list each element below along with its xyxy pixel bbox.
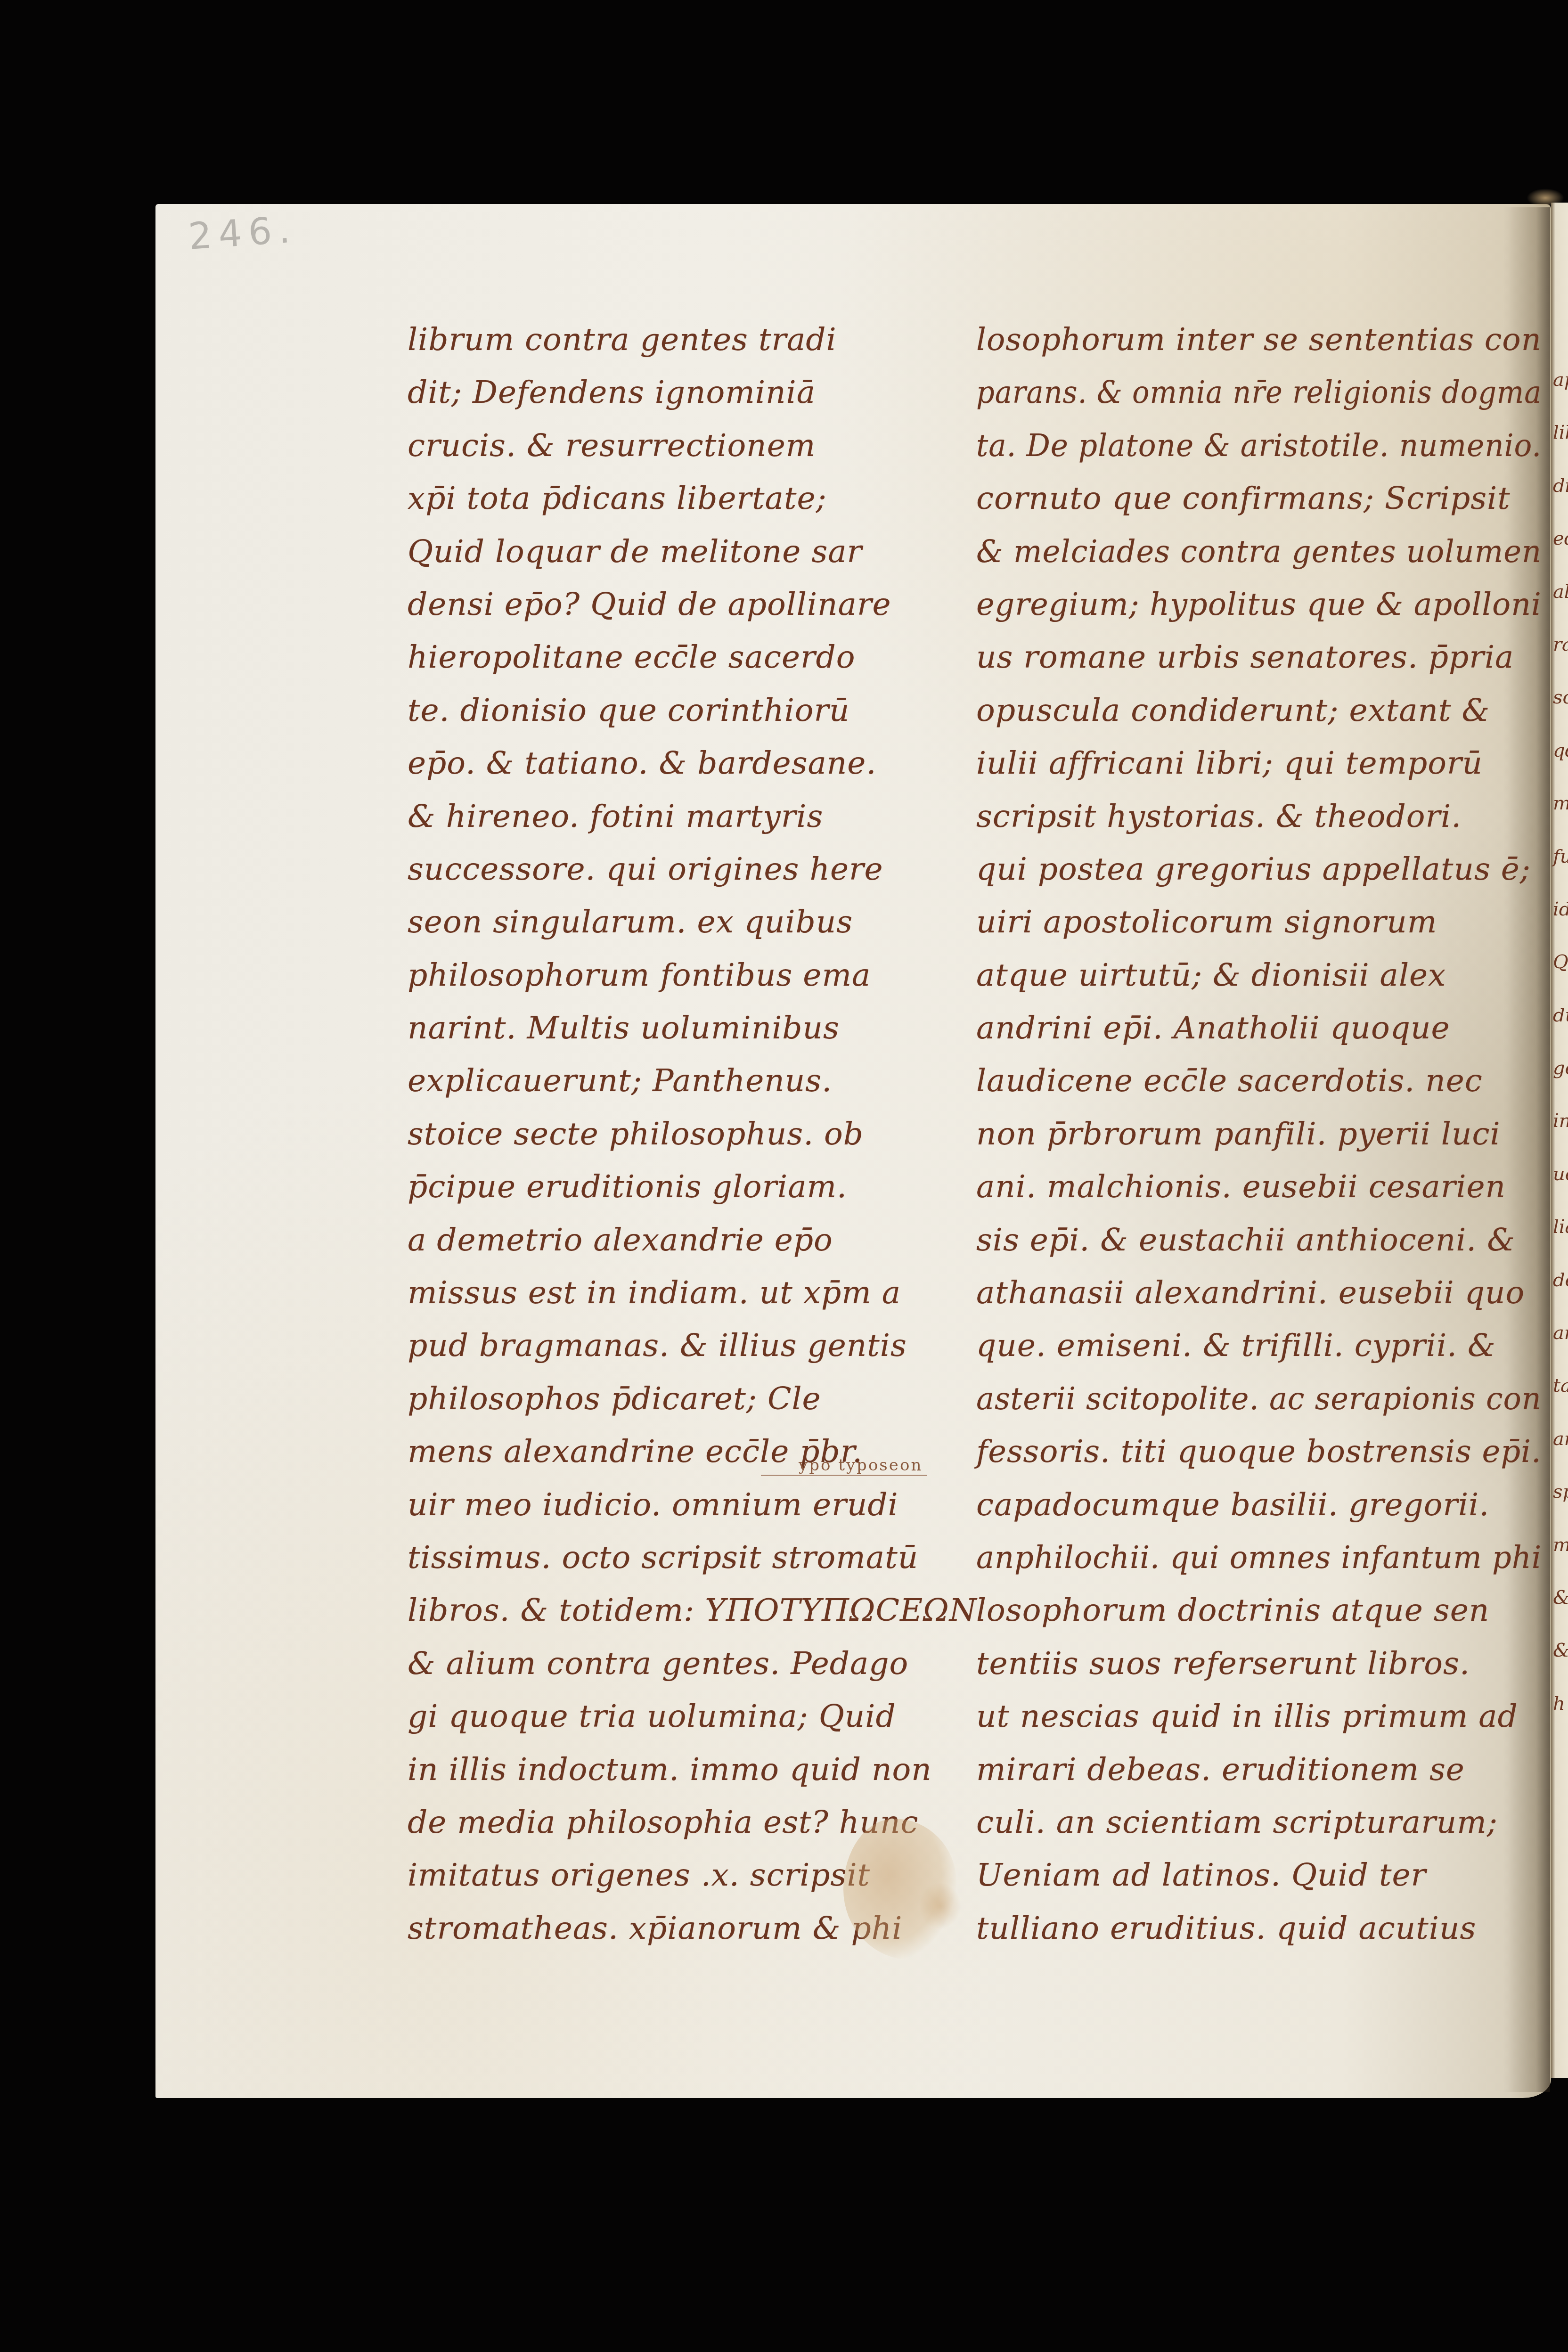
text-line: hieropolitane ecc̄le sacerdo xyxy=(408,631,987,684)
text-line: ut nescias quid in illis primum ad xyxy=(976,1690,1542,1743)
text-line: mirari debeas. eruditionem se xyxy=(976,1743,1542,1796)
text-line: Quid loquar de melitone sar xyxy=(408,525,987,578)
next-page-line: tar xyxy=(1551,1359,1568,1412)
text-line: stoice secte philosophus. ob xyxy=(408,1108,987,1160)
next-page-line: edic xyxy=(1551,512,1568,565)
text-line: cornuto que confirmans; Scripsit xyxy=(976,472,1542,525)
text-line: losophorum inter se sententias con xyxy=(976,313,1536,366)
text-line: & hireneo. fotini martyris xyxy=(408,790,987,843)
text-line: uir meo iudicio. omnium erudi xyxy=(408,1478,987,1531)
next-page-line: alu xyxy=(1551,565,1568,618)
next-page-line: mac xyxy=(1551,777,1568,830)
text-line: philosophorum fontibus ema xyxy=(408,949,987,1002)
next-page-lines: apolibridiscipedicalurascripqdmacfus gid… xyxy=(1551,353,1568,1730)
next-page-line: ra xyxy=(1551,618,1568,671)
text-line: a demetrio alexandrie ep̄o xyxy=(408,1214,987,1266)
text-line: libros. & totidem: ΥΠΟΤΥΠΩCΕΩΝ xyxy=(408,1584,987,1637)
next-page-line: anu xyxy=(1551,1307,1568,1359)
text-line: successore. qui origines here xyxy=(408,843,987,896)
text-line: dit; Defendens ignominiā xyxy=(408,366,987,419)
next-page-line: lia xyxy=(1551,1200,1568,1253)
next-page-line: iden xyxy=(1551,883,1568,936)
text-line: parans. & omnia nr̄e religionis dogma xyxy=(976,366,1495,419)
text-line: seon singularum. ex quibus xyxy=(408,896,987,948)
text-line: librum contra gentes tradi xyxy=(408,313,987,366)
next-page-line: & xyxy=(1551,1624,1568,1677)
text-line: p̄cipue eruditionis gloriam. xyxy=(408,1160,987,1213)
text-line: narint. Multis uoluminibus xyxy=(408,1002,987,1054)
text-line: us romane urbis senatores. p̄pria xyxy=(976,631,1542,684)
next-page-line: uc xyxy=(1551,1148,1568,1200)
next-page-line: libri xyxy=(1551,406,1568,459)
text-line: opuscula condiderunt; extant & xyxy=(976,684,1542,737)
text-line: gi quoque tria uolumina; Quid xyxy=(408,1690,987,1743)
text-line: tentiis suos referserunt libros. xyxy=(976,1637,1542,1690)
text-line: qui postea gregorius appellatus ē; xyxy=(976,843,1542,896)
next-page-line: scrip xyxy=(1551,671,1568,724)
next-page-line: apo xyxy=(1551,353,1568,406)
next-page-line: Qui xyxy=(1551,936,1568,988)
text-line: losophorum doctrinis atque sen xyxy=(976,1584,1542,1637)
text-line: tissimus. octo scripsit stromatū xyxy=(408,1531,987,1584)
text-line: pud bragmanas. & illius gentis xyxy=(408,1319,987,1372)
next-page-line: ger xyxy=(1551,1042,1568,1094)
text-line: missus est in indiam. ut xp̄m a xyxy=(408,1266,987,1319)
text-line: atque uirtutū; & dionisii alex xyxy=(976,949,1542,1002)
text-line: que. emiseni. & trifilli. cyprii. & xyxy=(976,1319,1542,1372)
text-line: philosophos p̄dicaret; Cle xyxy=(408,1372,987,1425)
text-line: egregium; hypolitus que & apolloni xyxy=(976,578,1534,631)
next-page-line: anz xyxy=(1551,1413,1568,1465)
next-page-line: me xyxy=(1551,1519,1568,1571)
text-line: & melciades contra gentes uolumen xyxy=(976,525,1523,578)
text-line: scripsit hystorias. & theodori. xyxy=(976,790,1542,843)
water-stain-small xyxy=(919,1882,961,1929)
text-line: te. dionisio que corinthiorū xyxy=(408,684,987,737)
next-page-line: dee xyxy=(1551,1254,1568,1307)
text-line: explicauerunt; Panthenus. xyxy=(408,1054,987,1107)
text-line: tulliano eruditius. quid acutius xyxy=(976,1902,1542,1955)
next-page-line: discip xyxy=(1551,459,1568,512)
text-line: andrini ep̄i. Anatholii quoque xyxy=(976,1002,1542,1054)
text-line: capadocumque basilii. gregorii. xyxy=(976,1478,1542,1531)
text-line: non p̄rbrorum panfili. pyerii luci xyxy=(976,1108,1542,1160)
text-line: Ueniam ad latinos. Quid ter xyxy=(976,1849,1542,1902)
text-line: sis ep̄i. & eustachii anthioceni. & xyxy=(976,1214,1542,1266)
foliation-number: 246. xyxy=(187,208,298,258)
text-line: ep̄o. & tatiano. & bardesane. xyxy=(408,737,987,790)
text-line: xp̄i tota p̄dicans libertate; xyxy=(408,472,987,525)
text-line: athanasii alexandrini. eusebii quo xyxy=(976,1266,1542,1319)
next-page-fragment: apolibridiscipedicalurascripqdmacfus gid… xyxy=(1551,203,1568,2078)
text-line: crucis. & resurrectionem xyxy=(408,419,987,472)
next-page-line: qd xyxy=(1551,724,1568,777)
text-line: laudicene ecc̄le sacerdotis. nec xyxy=(976,1054,1542,1107)
text-column-left: librum contra gentes tradidit; Defendens… xyxy=(408,313,987,1955)
interlinear-gloss: ypo typoseon xyxy=(761,1456,927,1476)
next-page-line: &e xyxy=(1551,1571,1568,1624)
next-page-line: duc xyxy=(1551,989,1568,1042)
next-page-line: spl xyxy=(1551,1465,1568,1518)
text-line: anphilochii. qui omnes infantum phi xyxy=(976,1531,1523,1584)
text-line: ta. De platone & aristotile. numenio. xyxy=(976,419,1514,472)
text-line: fessoris. titi quoque bostrensis ep̄i. xyxy=(976,1425,1536,1478)
next-page-line: insi xyxy=(1551,1094,1568,1147)
text-line: in illis indoctum. immo quid non xyxy=(408,1743,987,1796)
next-page-line: h xyxy=(1551,1677,1568,1730)
text-line: uiri apostolicorum signorum xyxy=(976,896,1542,948)
text-line: & alium contra gentes. Pedago xyxy=(408,1637,987,1690)
text-line: asterii scitopolite. ac serapionis con xyxy=(976,1372,1522,1425)
next-page-line: fus g xyxy=(1551,830,1568,883)
text-line: densi ep̄o? Quid de apollinare xyxy=(408,578,987,631)
text-line: ani. malchionis. eusebii cesarien xyxy=(976,1160,1542,1213)
text-column-right: losophorum inter se sententias conparans… xyxy=(976,313,1542,1955)
text-line: iulii affricani libri; qui temporū xyxy=(976,737,1542,790)
text-line: culi. an scientiam scripturarum; xyxy=(976,1796,1542,1849)
